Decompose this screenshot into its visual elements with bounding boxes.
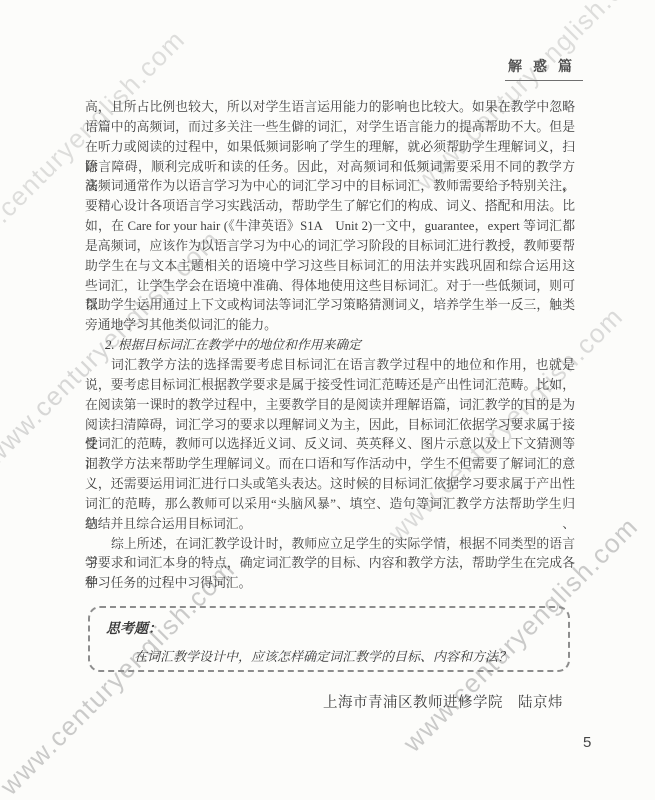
page-number: 5 [583,734,591,751]
body-text-line: 语篇中的高频词，而过多关注一些生僻的词汇，对学生语言能力的提高帮助不大。但是 [85,118,575,138]
body-text-line: 性词汇的范畴，教师可以选择近义词、反义词、英英释义、图片示意以及上下文猜测等词 [85,435,575,455]
body-text-line: 汇教学方法来帮助学生理解词义。而在口语和写作活动中，学生不但需要了解词汇的意 [85,455,575,475]
body-text-line: 高，且所占比例也较大，所以对学生语言运用能力的影响也比较大。如果在教学中忽略 [85,98,575,118]
body-text-line: 旁通地学习其他类似词汇的能力。 [85,316,575,336]
think-box-title: 思考题： [106,618,162,638]
subsection-heading: 2. 根据目标词汇在教学中的地位和作用来确定 [85,336,575,356]
body-text-line: 帮助学生运用通过上下文或构词法等词汇学习策略猜测词义，培养学生举一反三，触类 [85,296,575,316]
think-question-box: 思考题： 在词汇教学设计中，应该怎样确定词汇教学的目标、内容和方法？ [88,606,570,672]
body-text-line: 在听力或阅读的过程中，如果低频词影响了学生的理解，就必须帮助学生理解词义，扫除 [85,138,575,158]
body-text-line: 综上所述，在词汇教学设计时，教师应立足学生的实际学情，根据不同类型的语言学 [85,535,575,555]
body-text-line: 词汇教学方法的选择需要考虑目标词汇在语言教学过程中的地位和作用，也就是 [85,356,575,376]
body-text-line: 词汇的范畴，那么教师可以采用“头脑风暴”、填空、造句等词汇教学方法帮助学生归纳、 [85,495,575,515]
body-text-line: 说，要考虑目标词汇根据教学要求是属于接受性词汇范畴还是产出性词汇范畴。比如， [85,376,575,396]
body-text-line: 义，还需要运用词汇进行口头或笔头表达。这时候的目标词汇依据学习要求属于产出性 [85,475,575,495]
body-text-line: 是高频词，应该作为以语言学习为中心的词汇学习阶段的目标词汇进行教授，教师要帮 [85,237,575,257]
body-text-line: 要精心设计各项语言学习实践活动，帮助学生了解它们的构成、词义、搭配和用法。比 [85,197,575,217]
section-header: 解惑篇 [505,56,583,81]
body-text-line: 习要求和词汇本身的特点，确定词汇教学的目标、内容和教学方法，帮助学生在完成各种 [85,554,575,574]
body-text-line: 阅读扫清障碍，词汇学习的要求以理解词义为主，因此，目标词汇依据学习要求属于接受 [85,416,575,436]
body-text-line: 语言障碍，顺利完成听和读的任务。因此，对高频词和低频词需要采用不同的教学方法。 [85,158,575,178]
author-attribution: 上海市青浦区教师进修学院 陆京炜 [323,691,563,712]
body-text-line: 高频词通常作为以语言学习为中心的词汇学习中的目标词汇，教师需要给予特别关注， [85,177,575,197]
document-page: www.centuryenglish.com www.centuryenglis… [0,0,655,800]
body-text-line: 在阅读第一课时的教学过程中，主要教学目的是阅读并理解语篇，词汇教学的目的是为 [85,396,575,416]
body-text-line: 些词汇，让学生学会在语境中准确、得体地使用这些目标词汇。对于一些低频词，则可以 [85,277,575,297]
body-text-line: 如，在 Care for your hair (《牛津英语》S1A Unit 2… [85,217,575,237]
body-text-block: 高，且所占比例也较大，所以对学生语言运用能力的影响也比较大。如果在教学中忽略 语… [85,98,575,594]
think-box-question: 在词汇教学设计中，应该怎样确定词汇教学的目标、内容和方法？ [134,646,511,665]
body-text-line: 学习任务的过程中习得词汇。 [85,574,575,594]
body-text-line: 助学生在与文本主题相关的语境中学习这些目标词汇的用法并实践巩固和综合运用这 [85,257,575,277]
